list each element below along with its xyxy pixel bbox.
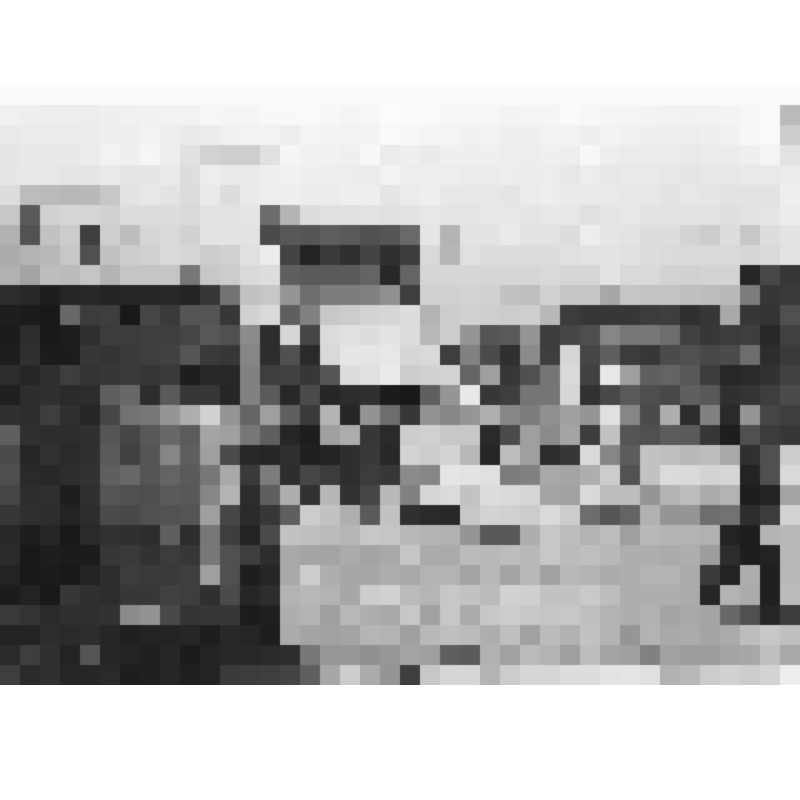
pixelated-photo bbox=[0, 85, 800, 685]
page bbox=[0, 0, 800, 800]
pixelated-photo-canvas bbox=[0, 85, 800, 685]
